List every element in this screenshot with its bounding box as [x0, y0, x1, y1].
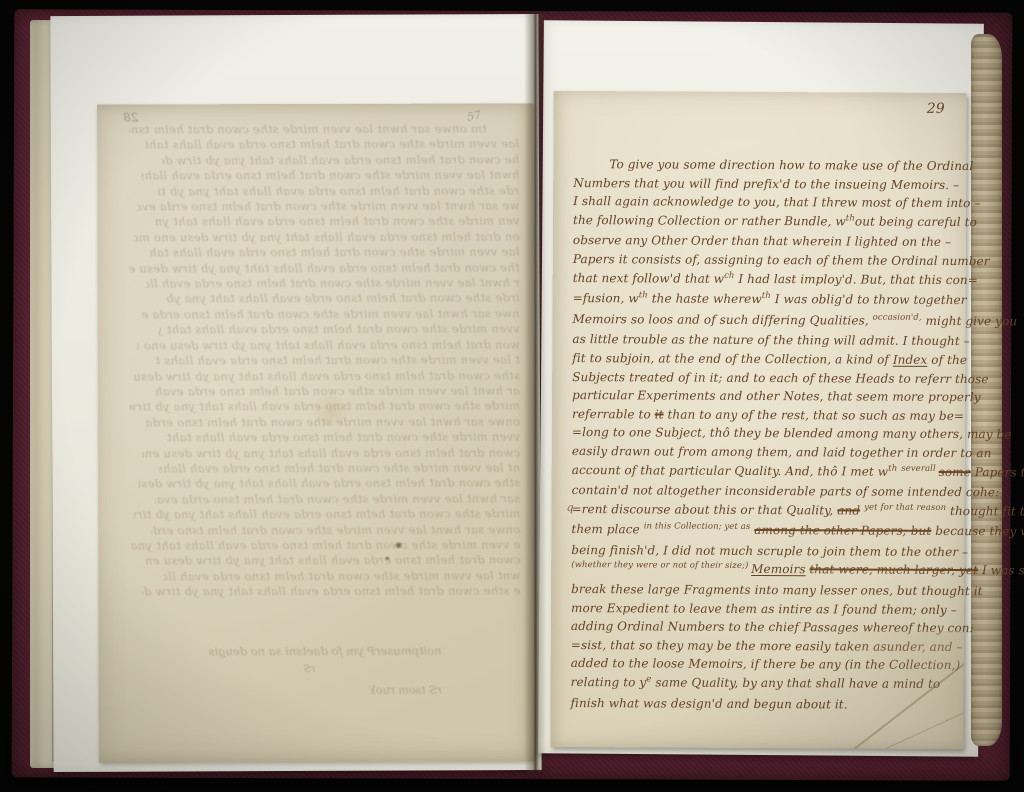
bleedthrough-line: ven mirde sthe cwon drat helm tsno erda …	[154, 214, 519, 230]
bleedthrough-line: lae vven mirde sthe cwon drat helm tsno …	[150, 245, 519, 261]
ghost-page-number: 28	[123, 110, 138, 124]
bleedthrough-line: sthe cwon drat helm tsno erda evah llahs…	[134, 368, 520, 384]
manuscript-line: To give you some direction how to make u…	[573, 155, 952, 176]
paper-stain	[308, 396, 354, 426]
bleedthrough-line: nwe sar hwnt lae vven mirde sthe cwon dr…	[142, 306, 520, 322]
page-number: 29	[927, 101, 945, 117]
manuscript-line: contain'd not altogether inconsiderable …	[572, 481, 951, 502]
manuscript-line: account of that particular Quality. And,…	[572, 461, 951, 484]
manuscript-line: as little trouble as the nature of the t…	[572, 330, 951, 351]
manuscript-line: (whether they were or not of their size;…	[571, 559, 950, 582]
manuscript-line: =long to one Subject, thô they be blende…	[572, 423, 951, 444]
bleedthrough-line: r hwnt lae vven mirde sthe cwon drat hel…	[146, 276, 520, 292]
manuscript-line: =rent discourse about this or that Quali…	[571, 500, 950, 523]
manuscript-line: Subjects treated of in it; and to each o…	[572, 368, 951, 389]
bleedthrough-line: we sar hwnt lae vven mirde sthe cwon dra…	[138, 198, 520, 214]
manuscript-line: them place in this Collection; yet as am…	[571, 520, 950, 543]
bleedthrough-closing-line: rS tsom ruoY	[369, 684, 442, 697]
bleedthrough-line: nt lae vven mirde sthe cwon drat helm ts…	[159, 460, 520, 476]
left-page: tm onwe sar hwnt lae vven mirde sthe cwo…	[97, 103, 535, 762]
page-crease	[813, 630, 964, 749]
manuscript-line: Papers it consists of, assigning to each…	[573, 250, 952, 271]
bleedthrough-line: sthe cwon drat helm tsno erda evah llahs…	[138, 476, 520, 492]
manuscript-line: particular Experiments and other Notes, …	[572, 386, 951, 407]
manuscript-line: referrable to it than to any of the rest…	[572, 405, 951, 426]
manuscript-line: observe any Other Order than that wherei…	[573, 231, 952, 252]
bleedthrough-line: t lae vven mirde sthe cwon drat helm tsn…	[154, 353, 519, 369]
bleedthrough-line: vven mirde sthe cwon drat helm tsno erda…	[163, 430, 520, 446]
manuscript-line: that next follow'd that wch I had last i…	[573, 269, 952, 292]
manuscript-line: more Expedient to leave them as intire a…	[571, 599, 950, 620]
bleedthrough-line: vven mirde sthe cwon drat helm tsno erda…	[158, 322, 519, 338]
bleedthrough-line: won drat helm tsno erda evah llahs taht …	[138, 337, 520, 353]
bleedthrough-line: cwon drat helm tsno erda evah llahs taht…	[142, 445, 520, 461]
ink-stain	[394, 542, 403, 549]
manuscript-line: Memoirs so loos and of such differing Qu…	[572, 310, 951, 333]
bleedthrough-line: lae vven mirde sthe cwon drat helm tsno …	[146, 137, 520, 153]
bleedthrough-line: hwnt lae vven mirde sthe cwon drat helm …	[142, 168, 520, 184]
bleedthrough-line: wnt lae vven mirde sthe cwon drat helm t…	[163, 568, 520, 584]
photo-background: tm onwe sar hwnt lae vven mirde sthe cwo…	[0, 0, 1024, 792]
manuscript-line: easily drawn out from among them, and la…	[572, 442, 951, 463]
bleedthrough-line: he cwon drat helm tsno erda evah llahs t…	[162, 152, 519, 168]
manuscript-line: the following Collection or rather Bundl…	[573, 211, 952, 234]
bleedthrough-line: sar hwnt lae vven mirde sthe cwon drat h…	[155, 491, 520, 507]
bleedthrough-line: on drat helm tsno erda evah llahs taht y…	[134, 229, 520, 245]
bleedthrough-line: onwe sar hwnt lae vven mirde sthe cwon d…	[151, 522, 520, 538]
gutter-shadow	[524, 14, 546, 772]
manuscript-line: Numbers that you will find prefix'd to t…	[573, 174, 952, 195]
bleedthrough-line: tm onwe sar hwnt lae vven mirde sthe cwo…	[129, 122, 486, 138]
ink-stain	[384, 556, 390, 561]
bleedthrough-line: rde sthe cwon drat helm tsno erda evah l…	[158, 183, 519, 199]
bleedthrough-line: irde sthe cwon drat helm tsno erda evah …	[162, 291, 519, 307]
manuscript-line: break these large Fragments into many le…	[571, 580, 950, 601]
manuscript-line: fit to subjoin, at the end of the Collec…	[572, 349, 951, 370]
bleedthrough-line: mirde sthe cwon drat helm tsno erda evah…	[135, 507, 521, 523]
bleedthrough-line: e vven mirde sthe cwon drat helm tsno er…	[131, 537, 521, 553]
bleedthrough-line: e sthe cwon drat helm tsno erda evah lla…	[143, 584, 521, 600]
bleedthrough-line: the cwon drat helm tsno erda evah llahs …	[130, 260, 520, 276]
manuscript-line: =fusion, wth the haste wherewth I was ob…	[573, 289, 952, 312]
right-page: 29 q To give you some direction how to m…	[550, 91, 966, 749]
manuscript-line: I shall again acknowledge to you, that I…	[573, 192, 952, 213]
bleedthrough-line: cwon drat helm tsno erda evah llahs taht…	[147, 553, 521, 569]
bleedthrough-sr-mark: rS	[304, 664, 316, 675]
manuscript-line: being finish'd, I did not much scruple t…	[571, 541, 950, 562]
bleedthrough-signature-line: noitpmuserP ym fo daetsni sa no deugis	[209, 644, 442, 659]
